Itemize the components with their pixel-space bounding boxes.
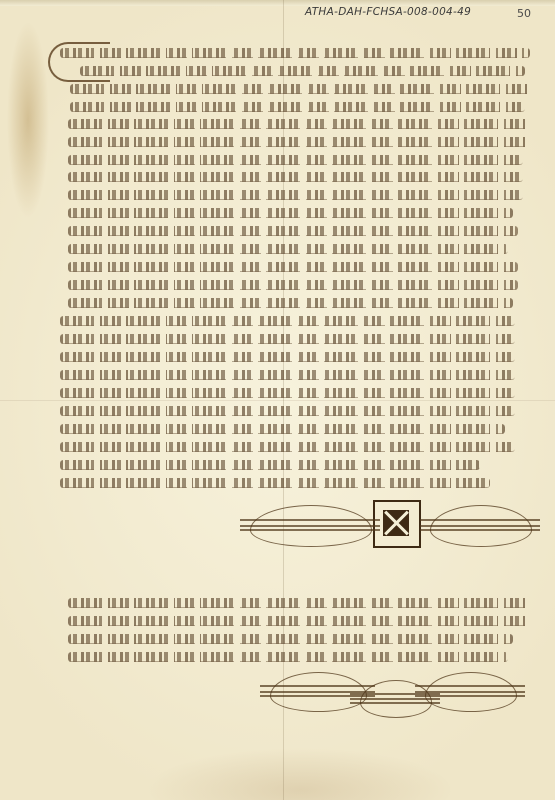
handwritten-line	[60, 460, 480, 470]
archive-reference: ATHA-DAH-FCHSA-008-004-49	[305, 6, 471, 18]
handwritten-line	[70, 84, 530, 94]
signature-flourish-stroke	[350, 702, 440, 704]
signature-flourish-stroke	[420, 519, 540, 521]
handwritten-line	[60, 48, 530, 58]
signature-flourish-stroke	[415, 691, 525, 693]
handwritten-line	[68, 208, 513, 218]
handwritten-line	[80, 66, 525, 76]
signature-flourish-stroke	[240, 525, 380, 527]
handwritten-line	[70, 102, 525, 112]
signature-flourish-stroke	[260, 695, 375, 697]
handwritten-line	[68, 652, 508, 662]
manuscript-page: ATHA-DAH-FCHSA-008-004-49 50 Handwritten…	[0, 0, 555, 800]
handwritten-line	[68, 226, 518, 236]
handwritten-line	[68, 119, 528, 129]
handwritten-line	[60, 334, 515, 344]
handwritten-line	[60, 316, 515, 326]
handwritten-line	[68, 190, 523, 200]
notary-sign-icon	[373, 500, 421, 548]
folio-number: 50	[517, 7, 531, 20]
handwritten-line	[68, 262, 518, 272]
handwritten-line	[68, 598, 528, 608]
signature-flourish-stroke	[420, 525, 540, 527]
handwritten-line	[60, 370, 515, 380]
horizontal-fold-line	[0, 400, 555, 401]
signature-flourish-stroke	[415, 695, 525, 697]
handwritten-line	[60, 424, 505, 434]
handwritten-line	[68, 280, 518, 290]
handwritten-line	[68, 155, 523, 165]
handwritten-line	[68, 298, 513, 308]
signature-flourish-stroke	[240, 519, 380, 521]
signature-flourish-stroke	[415, 685, 525, 687]
handwritten-line	[60, 388, 515, 398]
page-top-edge	[0, 0, 555, 6]
signature-flourish-stroke	[240, 529, 380, 531]
handwritten-line	[60, 352, 515, 362]
handwritten-line	[60, 442, 515, 452]
handwritten-line	[68, 634, 513, 644]
handwritten-line	[68, 172, 523, 182]
handwritten-line	[68, 616, 528, 626]
signature-flourish-stroke	[260, 685, 375, 687]
handwritten-line	[60, 478, 490, 488]
signature-flourish-stroke	[420, 529, 540, 531]
handwritten-line	[68, 137, 528, 147]
handwritten-line	[60, 406, 515, 416]
handwritten-line	[68, 244, 508, 254]
